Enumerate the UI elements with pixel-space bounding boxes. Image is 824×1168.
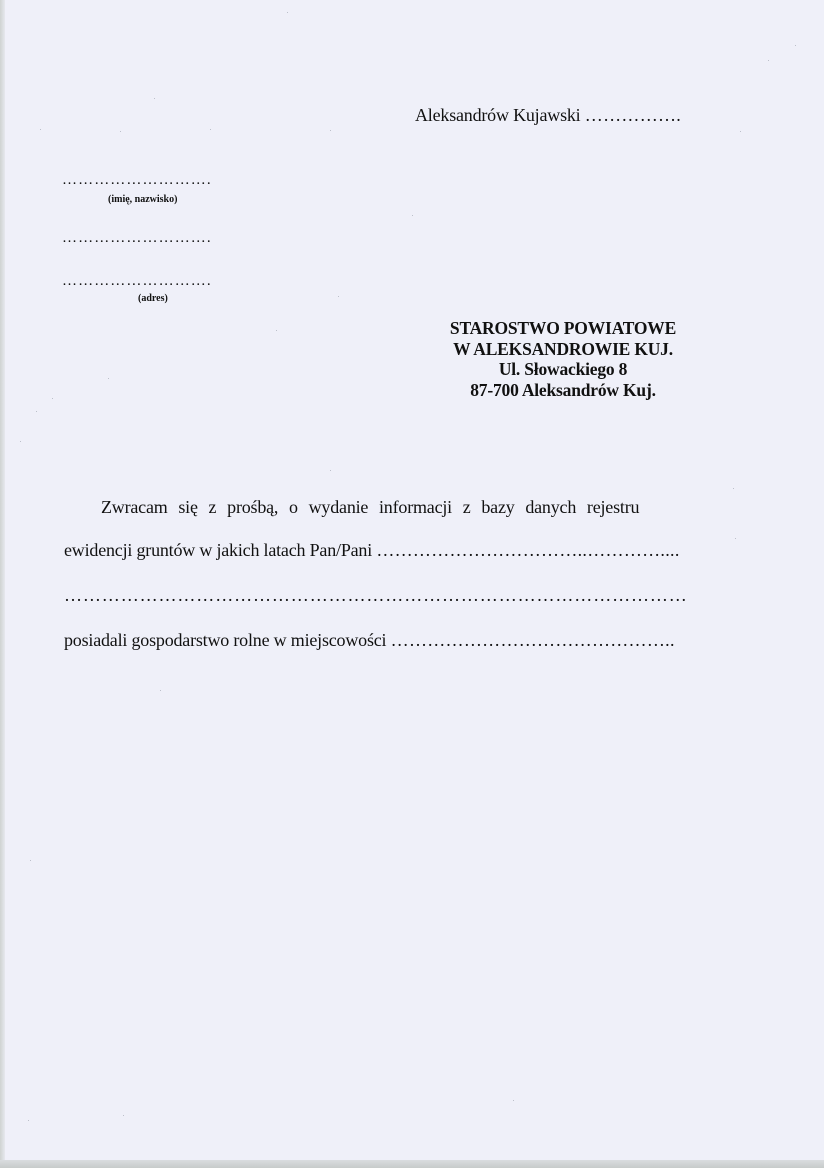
scan-speck: [52, 398, 53, 399]
scan-speck: [735, 538, 736, 539]
scan-speck: [276, 330, 277, 331]
scanned-document-page: Aleksandrów Kujawski ……………. ………………………. (…: [0, 0, 824, 1168]
scan-speck: [740, 131, 741, 132]
scan-speck: [123, 1115, 124, 1116]
request-line-2-text: ewidencji gruntów w jakich latach Pan/Pa…: [64, 540, 372, 560]
applicant-address-blank-2[interactable]: ……………………….: [62, 273, 262, 290]
scan-speck: [330, 470, 331, 471]
date-blank[interactable]: …………….: [585, 105, 681, 125]
scan-speck: [20, 441, 21, 442]
scan-speck: [338, 296, 339, 297]
recipient-line-3: Ul. Słowackiego 8: [418, 359, 708, 380]
scan-edge-left: [0, 0, 5, 1168]
scan-speck: [40, 129, 41, 130]
recipient-line-2: W ALEKSANDROWIE KUJ.: [418, 339, 708, 360]
applicant-name-blank[interactable]: ……………………….: [62, 172, 262, 189]
request-line-4: posiadali gospodarstwo rolne w miejscowo…: [64, 630, 675, 651]
scan-speck: [513, 1100, 514, 1101]
request-line-2: ewidencji gruntów w jakich latach Pan/Pa…: [64, 540, 680, 561]
recipient-line-4: 87-700 Aleksandrów Kuj.: [418, 380, 708, 401]
request-line-4-text: posiadali gospodarstwo rolne w miejscowo…: [64, 630, 386, 650]
request-line-1: Zwracam się z prośbą, o wydanie informac…: [101, 497, 639, 518]
applicant-address-blank-1[interactable]: ……………………….: [62, 230, 262, 247]
scan-speck: [160, 690, 161, 691]
scan-speck: [768, 60, 769, 61]
years-blank[interactable]: ……………………………..…………....: [376, 540, 679, 560]
scan-speck: [795, 45, 796, 46]
scan-speck: [108, 378, 109, 379]
applicant-name-caption: (imię, nazwisko): [108, 194, 177, 205]
scan-speck: [28, 1120, 29, 1121]
scan-edge-bottom: [0, 1160, 824, 1168]
recipient-line-1: STAROSTWO POWIATOWE: [418, 318, 708, 339]
scan-speck: [733, 488, 734, 489]
place-name: Aleksandrów Kujawski: [415, 105, 580, 125]
scan-speck: [154, 98, 155, 99]
scan-speck: [330, 130, 331, 131]
scan-speck: [120, 131, 121, 132]
scan-speck: [287, 12, 288, 13]
place-date-line: Aleksandrów Kujawski …………….: [415, 105, 681, 126]
scan-speck: [30, 860, 31, 861]
recipient-address-block: STAROSTWO POWIATOWE W ALEKSANDROWIE KUJ.…: [418, 318, 708, 400]
years-blank-continuation[interactable]: ………………………………………………………………………………………: [64, 585, 688, 606]
scan-speck: [210, 129, 211, 130]
locality-blank[interactable]: ………………………………………..: [391, 630, 675, 650]
applicant-address-caption: (adres): [138, 293, 168, 304]
scan-speck: [412, 215, 413, 216]
scan-speck: [36, 411, 37, 412]
